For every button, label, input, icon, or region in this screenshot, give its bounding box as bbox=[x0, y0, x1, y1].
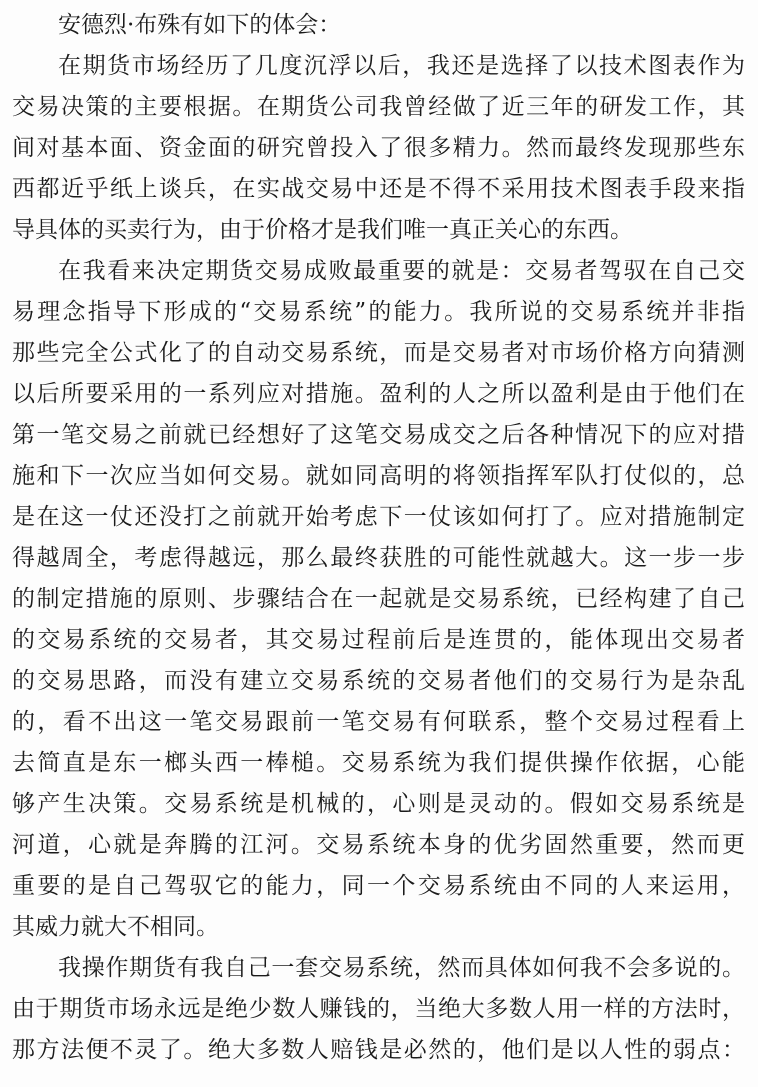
text-line: 施和下一次应当如何交易。就如同高明的将领指挥军队打仗似的，总 bbox=[12, 456, 745, 497]
text-line: 够产生决策。交易系统是机械的，心则是灵动的。假如交易系统是 bbox=[12, 784, 745, 825]
text-line: 的交易系统的交易者，其交易过程前后是连贯的，能体现出交易者 bbox=[12, 620, 745, 661]
text-line: 间对基本面、资金面的研究曾投入了很多精力。然而最终发现那些东 bbox=[12, 128, 745, 169]
text-line: 其威力就大不相同。 bbox=[12, 907, 745, 948]
body-text: 安德烈·布殊有如下的体会：在期货市场经历了几度沉浮以后，我还是选择了以技术图表作… bbox=[12, 5, 745, 1071]
text-line: 由于期货市场永远是绝少数人赚钱的，当绝大多数人用一样的方法时， bbox=[12, 989, 745, 1030]
text-line: 河道，心就是奔腾的江河。交易系统本身的优劣固然重要，然而更 bbox=[12, 825, 745, 866]
text-line: 导具体的买卖行为，由于价格才是我们唯一真正关心的东西。 bbox=[12, 210, 745, 251]
text-line: 的交易思路，而没有建立交易系统的交易者他们的交易行为是杂乱 bbox=[12, 661, 745, 702]
text-line: 易理念指导下形成的“交易系统”的能力。我所说的交易系统并非指 bbox=[12, 292, 745, 333]
text-line: 重要的是自己驾驭它的能力，同一个交易系统由不同的人来运用， bbox=[12, 866, 745, 907]
text-line: 交易决策的主要根据。在期货公司我曾经做了近三年的研发工作，其 bbox=[12, 87, 745, 128]
text-line: 那些完全公式化了的自动交易系统，而是交易者对市场价格方向猜测 bbox=[12, 333, 745, 374]
text-line: 安德烈·布殊有如下的体会： bbox=[12, 5, 745, 46]
text-line: 的，看不出这一笔交易跟前一笔交易有何联系，整个交易过程看上 bbox=[12, 702, 745, 743]
text-line: 的制定措施的原则、步骤结合在一起就是交易系统，已经构建了自己 bbox=[12, 579, 745, 620]
text-line: 在期货市场经历了几度沉浮以后，我还是选择了以技术图表作为 bbox=[12, 46, 745, 87]
text-line: 得越周全，考虑得越远，那么最终获胜的可能性就越大。这一步一步 bbox=[12, 538, 745, 579]
text-line: 在我看来决定期货交易成败最重要的就是：交易者驾驭在自己交 bbox=[12, 251, 745, 292]
text-line: 我操作期货有我自己一套交易系统，然而具体如何我不会多说的。 bbox=[12, 948, 745, 989]
text-line: 西都近乎纸上谈兵，在实战交易中还是不得不采用技术图表手段来指 bbox=[12, 169, 745, 210]
text-line: 以后所要采用的一系列应对措施。盈利的人之所以盈利是由于他们在 bbox=[12, 374, 745, 415]
text-line: 那方法便不灵了。绝大多数人赔钱是必然的，他们是以人性的弱点： bbox=[12, 1030, 745, 1071]
document-page: 安德烈·布殊有如下的体会：在期货市场经历了几度沉浮以后，我还是选择了以技术图表作… bbox=[0, 0, 758, 1087]
text-line: 第一笔交易之前就已经想好了这笔交易成交之后各种情况下的应对措 bbox=[12, 415, 745, 456]
text-line: 是在这一仗还没打之前就开始考虑下一仗该如何打了。应对措施制定 bbox=[12, 497, 745, 538]
text-line: 去简直是东一榔头西一棒槌。交易系统为我们提供操作依据，心能 bbox=[12, 743, 745, 784]
